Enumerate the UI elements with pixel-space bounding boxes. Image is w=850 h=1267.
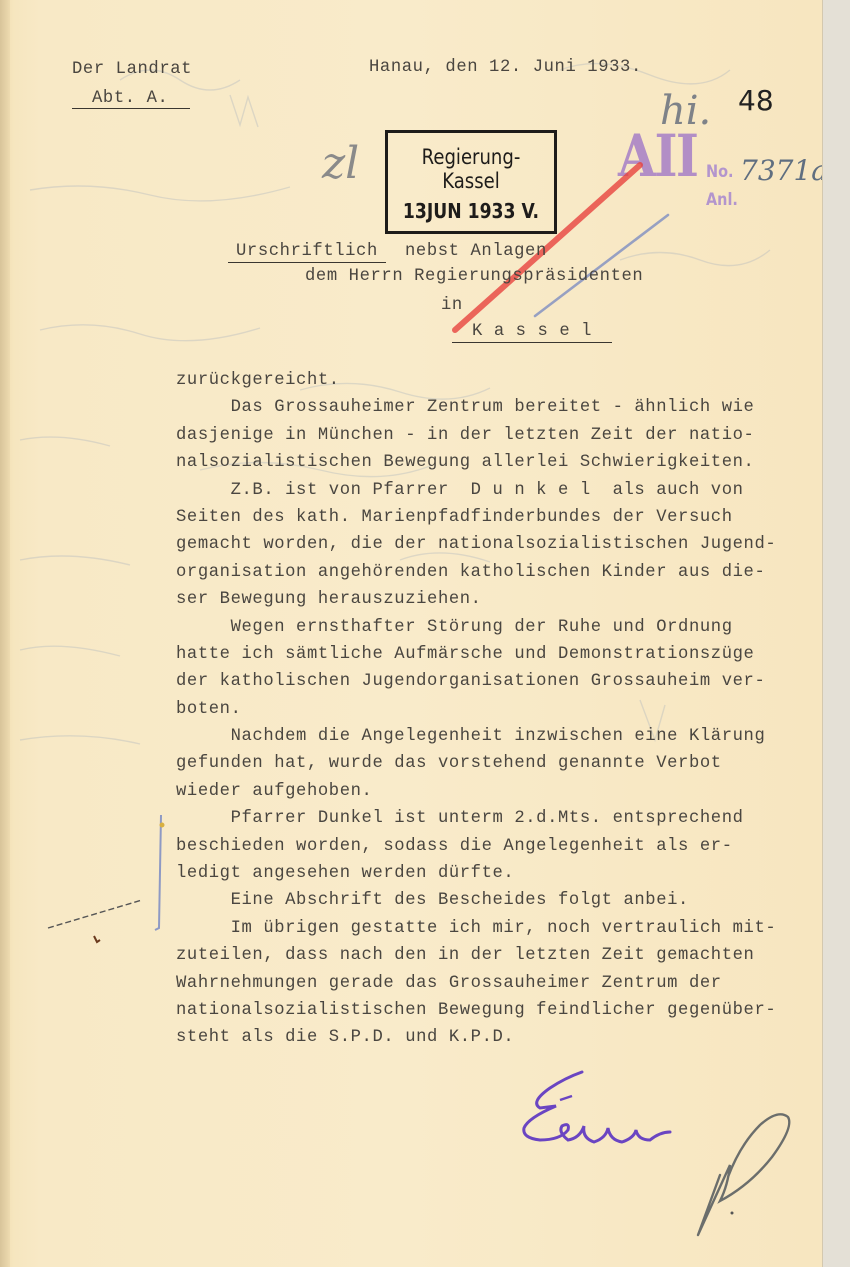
document-page: Der Landrat Abt. A. Hanau, den 12. Juni … [0, 0, 822, 1267]
paraph-signature [690, 1105, 800, 1240]
scan-background-strip [822, 0, 850, 1267]
main-signature [510, 1060, 710, 1160]
